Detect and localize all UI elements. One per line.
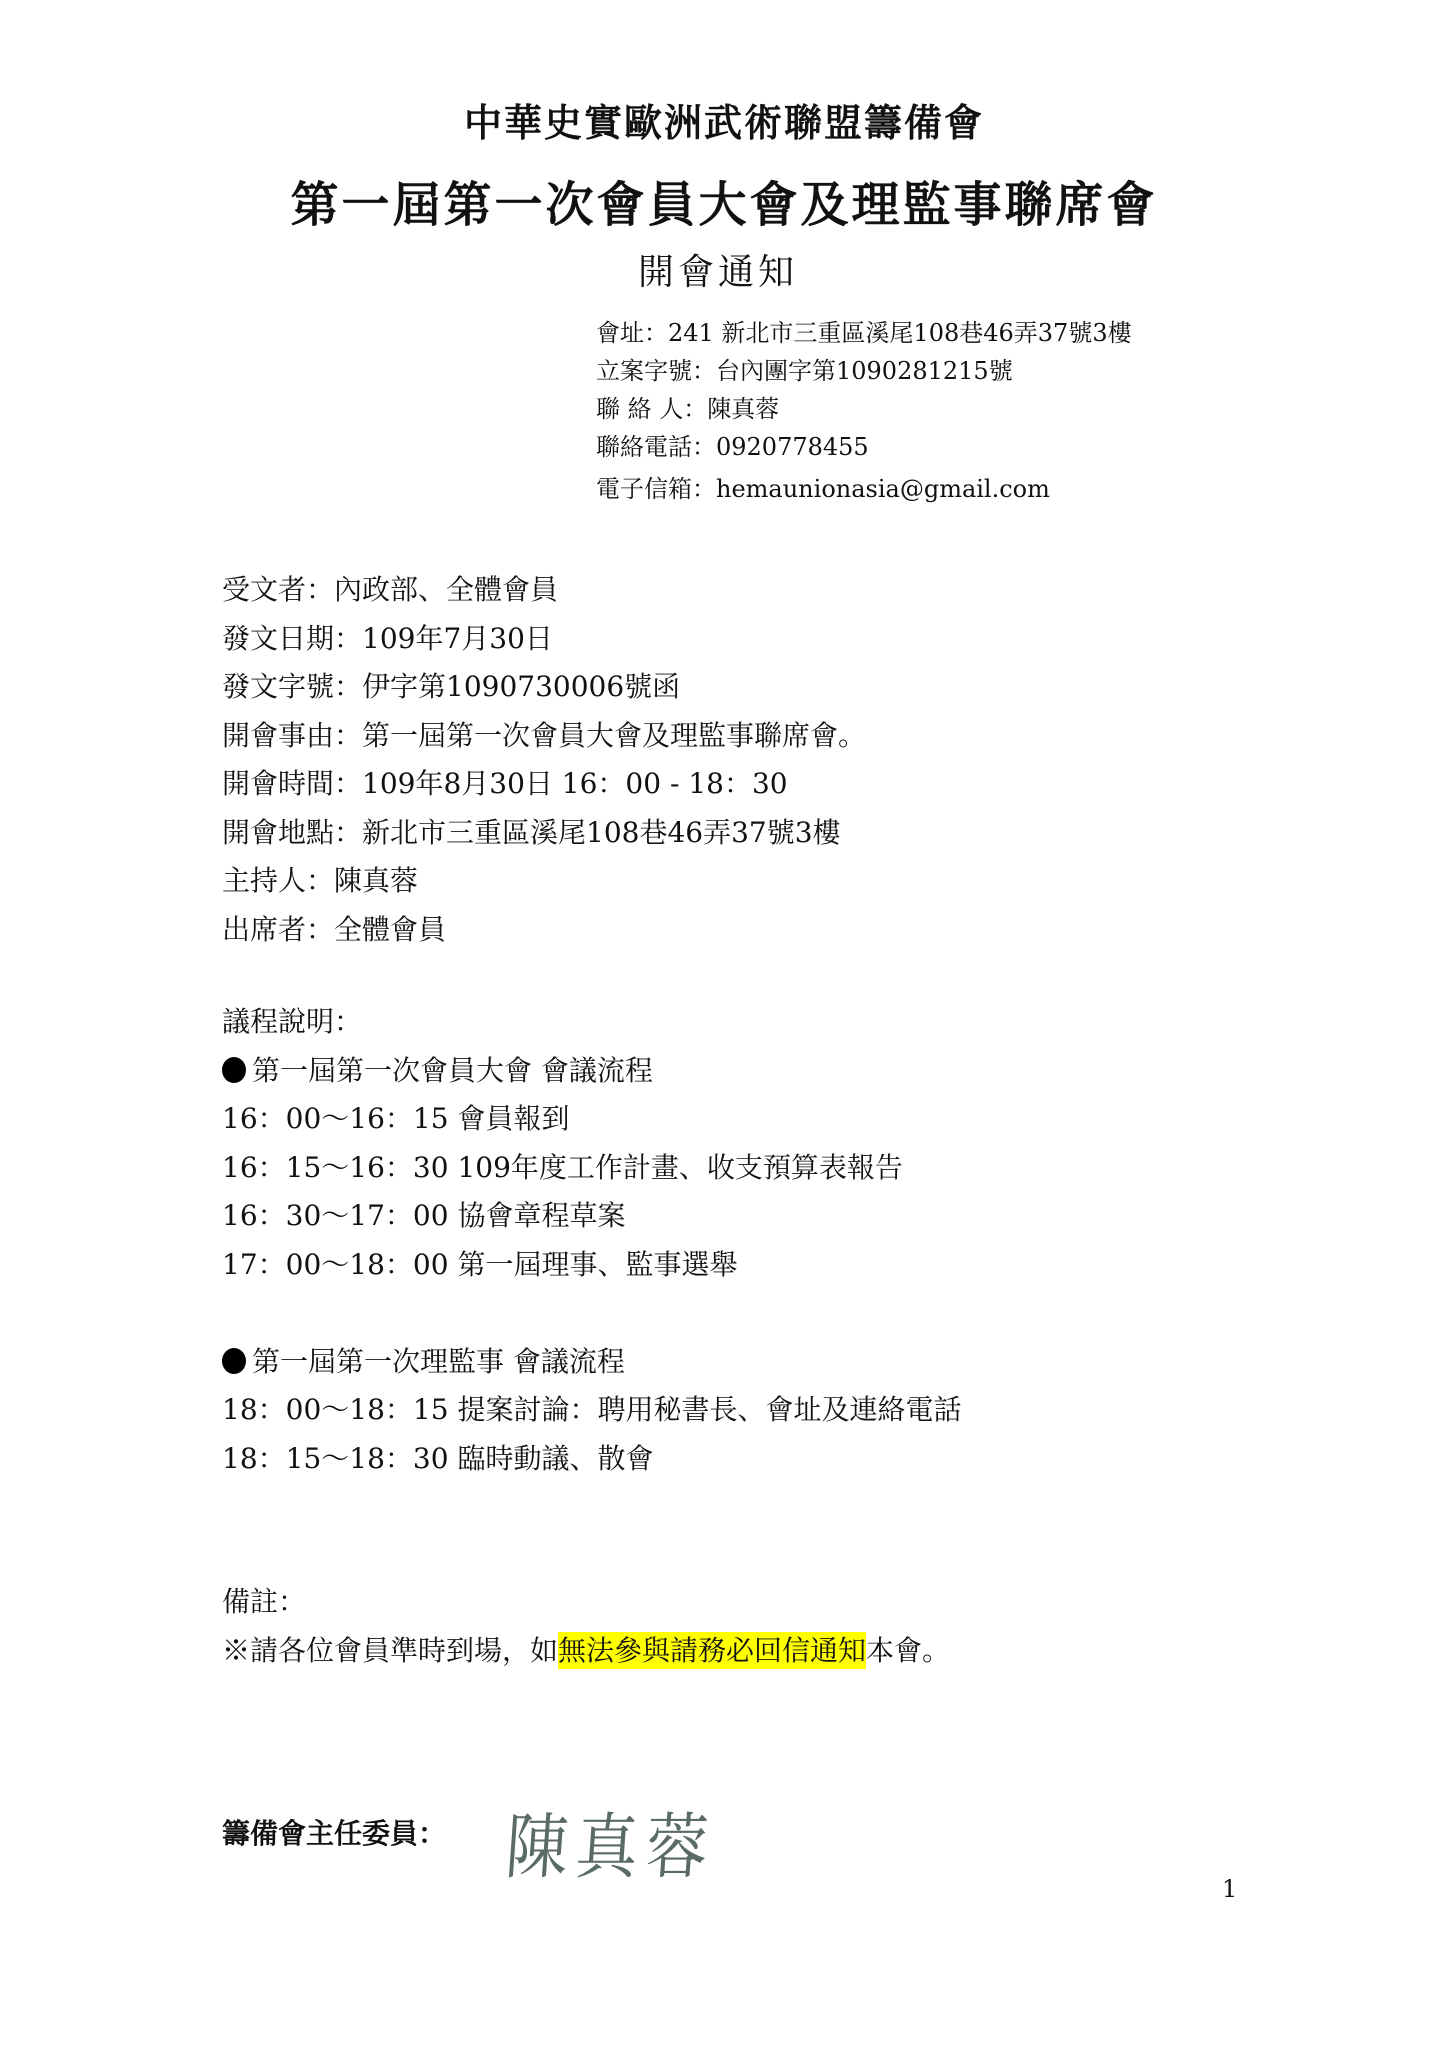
agenda: 議程說明： 第一屆第一次會員大會 會議流程 16：00～16：15 會員報到 1… <box>222 998 961 1483</box>
agenda-time: 18：15～18：30 <box>222 1442 449 1475</box>
organization-title: 中華史實歐洲武術聯盟籌備會 <box>0 92 1448 147</box>
agenda-time: 16：15～16：30 <box>222 1151 449 1184</box>
agenda-item: 18：00～18：15 提案討論：聘用秘書長、會址及連絡電話 <box>222 1386 961 1435</box>
signature-label: 籌備會主任委員： <box>222 1812 446 1852</box>
agenda-item-text: 109年度工作計畫、收支預算表報告 <box>457 1151 902 1184</box>
agenda-item: 18：15～18：30 臨時動議、散會 <box>222 1435 961 1484</box>
field-value: 第一屆第一次會員大會及理監事聯席會。 <box>362 719 866 752</box>
agenda-item: 17：00～18：00 第一屆理事、監事選舉 <box>222 1241 961 1290</box>
field-issue-date: 發文日期：109年7月30日 <box>222 615 866 664</box>
agenda-time: 17：00～18：00 <box>222 1248 449 1281</box>
agenda-time: 18：00～18：15 <box>222 1393 449 1426</box>
field-meeting-time: 開會時間：109年8月30日 16：00 - 18：30 <box>222 760 866 809</box>
agenda-item: 16：15～16：30 109年度工作計畫、收支預算表報告 <box>222 1144 961 1193</box>
field-label: 發文日期： <box>222 622 362 655</box>
highlighted-text: 無法參與請務必回信通知 <box>558 1632 866 1669</box>
field-label: 發文字號： <box>222 670 362 703</box>
field-attendees: 出席者：全體會員 <box>222 906 866 955</box>
field-chairperson: 主持人：陳真蓉 <box>222 857 866 906</box>
field-label: 受文者： <box>222 573 334 606</box>
field-label: 開會時間： <box>222 767 362 800</box>
field-value: 新北市三重區溪尾108巷46弄37號3樓 <box>362 816 841 849</box>
handwritten-signature: 陳真蓉 <box>503 1790 720 1892</box>
field-value: 109年8月30日 16：00 - 18：30 <box>362 767 788 800</box>
remarks-heading: 備註： <box>222 1578 950 1627</box>
agenda-item-text: 協會章程草案 <box>457 1199 625 1232</box>
agenda-item-text: 第一屆理事、監事選舉 <box>457 1248 737 1281</box>
agenda-time: 16：00～16：15 <box>222 1102 449 1135</box>
field-value: 109年7月30日 <box>362 622 553 655</box>
org-email: 電子信箱：hemaunionasia@gmail.com <box>596 470 1132 508</box>
section-spacer <box>222 1289 961 1338</box>
meeting-title: 第一屆第一次會員大會及理監事聯席會 <box>0 166 1448 235</box>
agenda-item: 16：00～16：15 會員報到 <box>222 1095 961 1144</box>
agenda-section-title: 第一屆第一次理監事 會議流程 <box>222 1338 961 1387</box>
agenda-item: 16：30～17：00 協會章程草案 <box>222 1192 961 1241</box>
agenda-item-text: 臨時動議、散會 <box>457 1442 653 1475</box>
org-address: 會址：241 新北市三重區溪尾108巷46弄37號3樓 <box>596 314 1132 352</box>
agenda-time: 16：30～17：00 <box>222 1199 449 1232</box>
field-label: 開會地點： <box>222 816 362 849</box>
field-label: 出席者： <box>222 913 334 946</box>
agenda-heading: 議程說明： <box>222 998 961 1047</box>
agenda-section-title: 第一屆第一次會員大會 會議流程 <box>222 1047 961 1096</box>
org-phone: 聯絡電話：0920778455 <box>596 428 1132 466</box>
bullet-icon <box>222 1348 246 1374</box>
agenda-item-text: 會員報到 <box>457 1102 569 1135</box>
bullet-icon <box>222 1057 246 1083</box>
field-meeting-purpose: 開會事由：第一屆第一次會員大會及理監事聯席會。 <box>222 712 866 761</box>
field-value: 伊字第1090730006號函 <box>362 670 680 703</box>
remarks-text: ※請各位會員準時到場，如無法參與請務必回信通知本會。 <box>222 1627 950 1676</box>
org-registration-number: 立案字號：台內團字第1090281215號 <box>596 352 1132 390</box>
field-document-number: 發文字號：伊字第1090730006號函 <box>222 663 866 712</box>
notice-fields: 受文者：內政部、全體會員 發文日期：109年7月30日 發文字號：伊字第1090… <box>222 566 866 954</box>
field-meeting-location: 開會地點：新北市三重區溪尾108巷46弄37號3樓 <box>222 809 866 858</box>
page-number: 1 <box>1222 1875 1237 1903</box>
field-label: 開會事由： <box>222 719 362 752</box>
organization-info: 會址：241 新北市三重區溪尾108巷46弄37號3樓 立案字號：台內團字第10… <box>596 314 1132 508</box>
field-value: 陳真蓉 <box>334 864 418 897</box>
org-contact-person: 聯 絡 人：陳真蓉 <box>596 390 1132 428</box>
notice-title: 開會通知 <box>638 244 798 295</box>
field-value: 內政部、全體會員 <box>334 573 558 606</box>
field-label: 主持人： <box>222 864 334 897</box>
field-recipient: 受文者：內政部、全體會員 <box>222 566 866 615</box>
field-value: 全體會員 <box>334 913 446 946</box>
document-page: 中華史實歐洲武術聯盟籌備會 第一屆第一次會員大會及理監事聯席會 開會通知 會址：… <box>0 0 1448 2047</box>
remarks: 備註： ※請各位會員準時到場，如無法參與請務必回信通知本會。 <box>222 1578 950 1675</box>
agenda-item-text: 提案討論：聘用秘書長、會址及連絡電話 <box>457 1393 961 1426</box>
